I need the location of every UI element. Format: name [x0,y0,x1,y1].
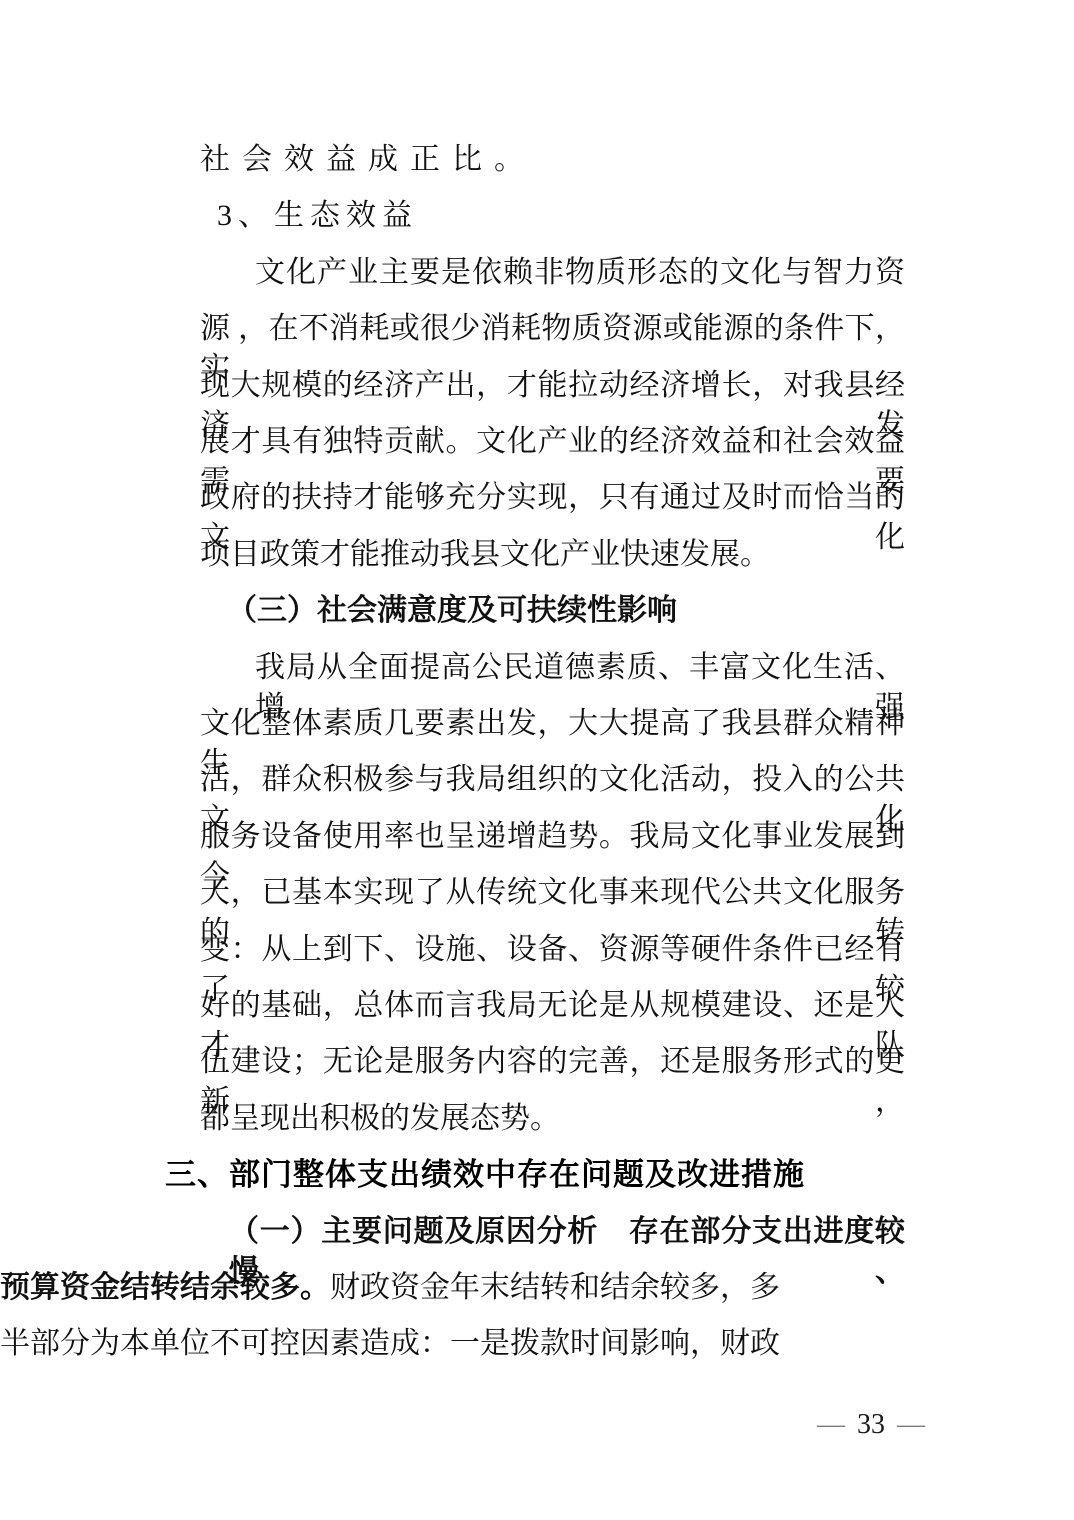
page-number: —33— [810,1408,932,1442]
text-segment: 财政资金年末结转和结余较多，多 [330,1271,780,1304]
text-line: 文化产业主要是依赖非物质形态的文化与智力资 [255,253,905,293]
text-line: 社会效益成正比。 [200,140,536,180]
text-line: 半部分为本单位不可控因素造成：一是拨款时间影响，财政 [0,1324,780,1364]
document-page: 社会效益成正比。3、生态效益文化产业主要是依赖非物质形态的文化与智力资源 ，在不… [0,0,1074,1520]
text-line: 预算资金结转结余较多。财政资金年末结转和结余较多，多 [0,1268,780,1308]
text-segment: 3、生态效益 [217,199,418,232]
text-line: 项目政策才能推动我县文化产业快速发展。 [200,535,770,575]
section-heading-main: 三、部门整体支出绩效中存在问题及改进措施 [165,1155,805,1195]
text-line: 都呈现出积极的发展态势。 [200,1099,560,1139]
text-segment: 文化产业主要是依赖非物质形态的文化与智力资 [255,256,905,289]
list-item-line: 3、生态效益 [217,196,418,236]
page-number-value: 33 [852,1409,890,1440]
bold-text-segment: （三）社会满意度及可扶续性影响 [227,594,677,627]
text-segment: 半部分为本单位不可控因素造成：一是拨款时间影响，财政 [0,1327,780,1360]
text-segment: 项目政策才能推动我县文化产业快速发展。 [200,538,770,571]
subsection-heading: （三）社会满意度及可扶续性影响 [227,591,677,631]
text-segment: 社会效益成正比。 [200,143,536,176]
text-segment: 都呈现出积极的发展态势。 [200,1102,560,1135]
page-number-left-dash: — [810,1409,852,1440]
bold-text-segment: 预算资金结转结余较多。 [0,1271,330,1304]
page-number-right-dash: — [890,1409,932,1440]
bold-text-segment: 三、部门整体支出绩效中存在问题及改进措施 [165,1157,805,1192]
